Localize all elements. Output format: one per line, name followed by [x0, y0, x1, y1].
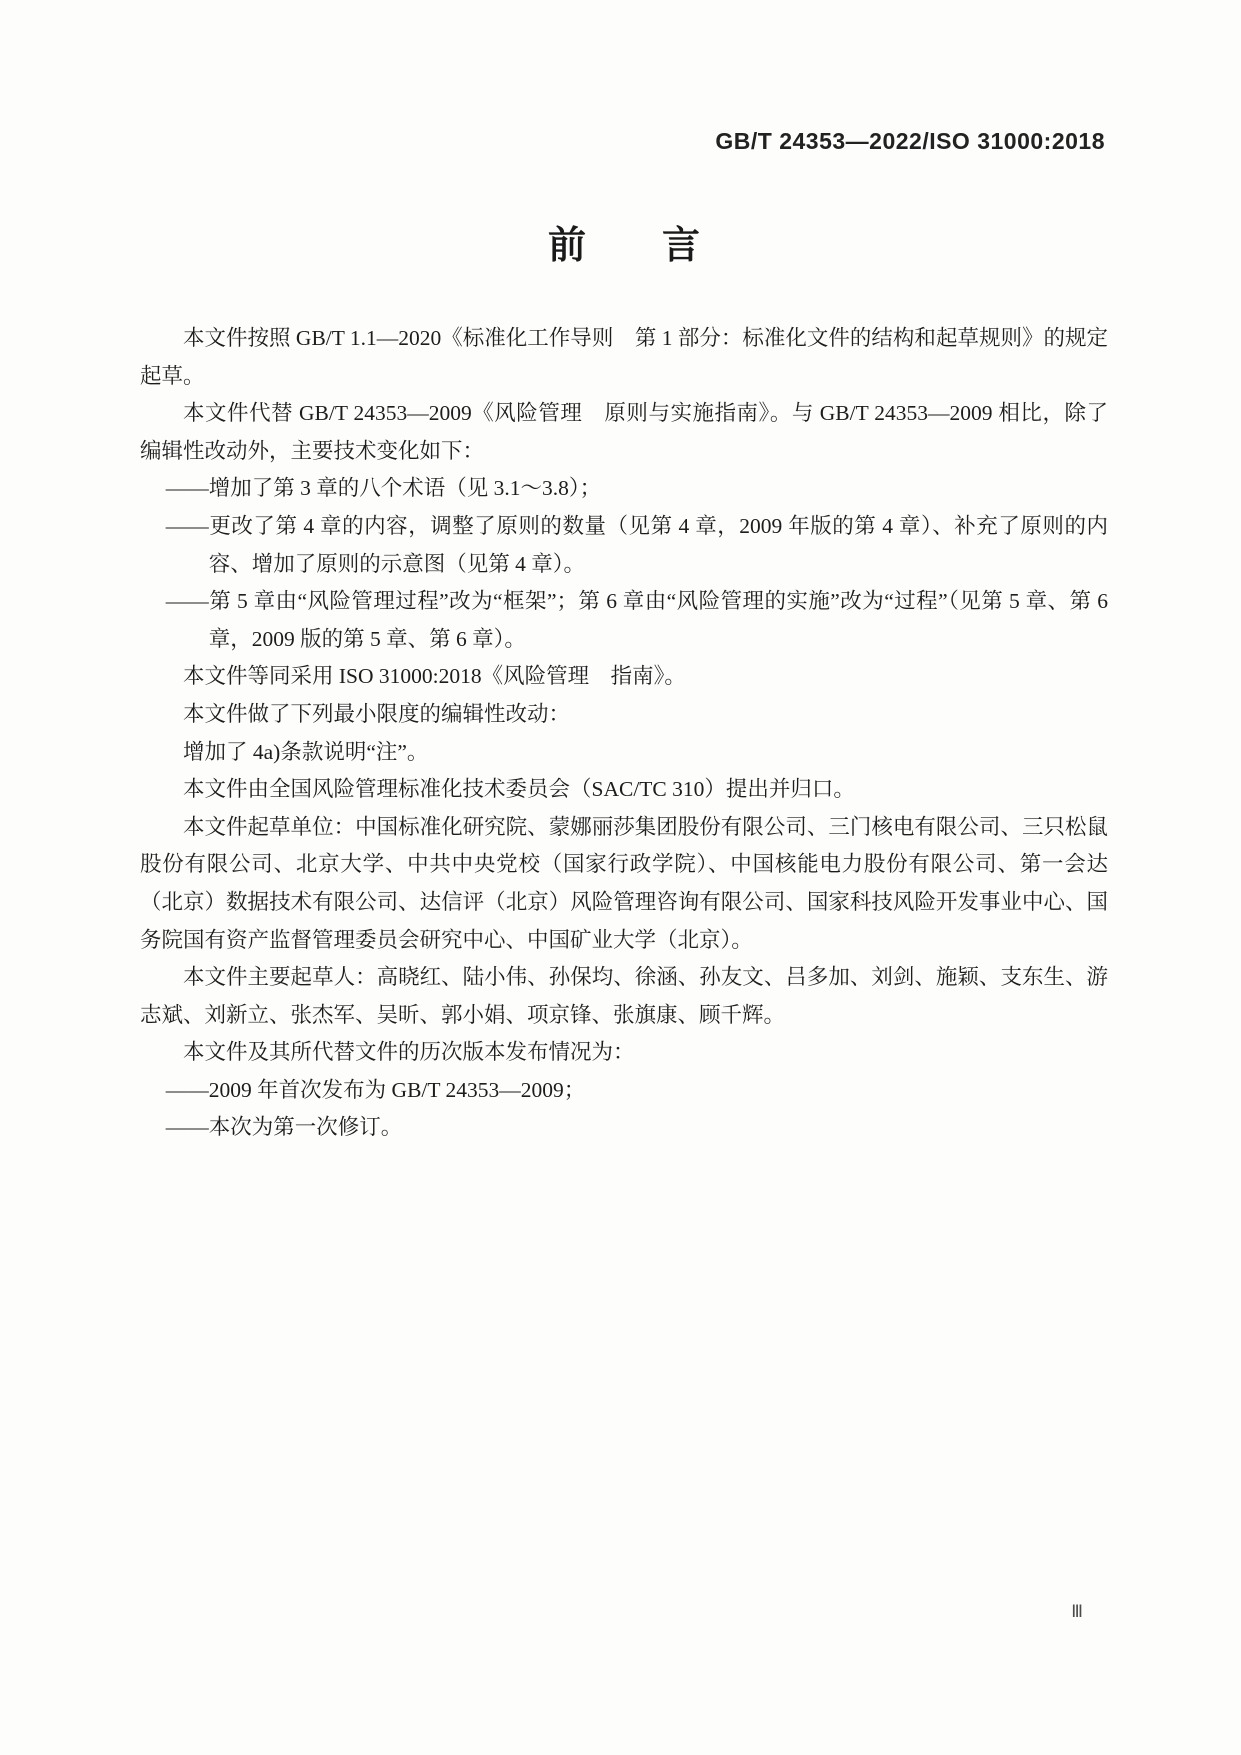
foreword-paragraph: 本文件按照 GB/T 1.1—2020《标准化工作导则 第 1 部分：标准化文件… — [140, 320, 1108, 395]
change-bullet: ——第 5 章由“风险管理过程”改为“框架”；第 6 章由“风险管理的实施”改为… — [140, 583, 1108, 658]
foreword-paragraph: 增加了 4a)条款说明“注”。 — [140, 734, 1108, 772]
history-bullet: ——本次为第一次修订。 — [140, 1109, 1108, 1147]
drafting-organizations-paragraph: 本文件起草单位：中国标准化研究院、蒙娜丽莎集团股份有限公司、三门核电有限公司、三… — [140, 809, 1108, 959]
change-bullet: ——更改了第 4 章的内容，调整了原则的数量（见第 4 章，2009 年版的第 … — [140, 508, 1108, 583]
foreword-paragraph: 本文件代替 GB/T 24353—2009《风险管理 原则与实施指南》。与 GB… — [140, 395, 1108, 470]
history-intro-paragraph: 本文件及其所代替文件的历次版本发布情况为： — [140, 1034, 1108, 1072]
change-bullet: ——增加了第 3 章的八个术语（见 3.1～3.8）； — [140, 470, 1108, 508]
foreword-title: 前 言 — [140, 214, 1108, 269]
standard-number-header: GB/T 24353—2022/ISO 31000:2018 — [715, 128, 1105, 155]
foreword-paragraph: 本文件等同采用 ISO 31000:2018《风险管理 指南》。 — [140, 658, 1108, 696]
foreword-body: 本文件按照 GB/T 1.1—2020《标准化工作导则 第 1 部分：标准化文件… — [140, 320, 1108, 1147]
foreword-paragraph: 本文件由全国风险管理标准化技术委员会（SAC/TC 310）提出并归口。 — [140, 771, 1108, 809]
drafters-paragraph: 本文件主要起草人：高晓红、陆小伟、孙保均、徐涵、孙友文、吕多加、刘剑、施颖、支东… — [140, 959, 1108, 1034]
document-page: GB/T 24353—2022/ISO 31000:2018 前 言 本文件按照… — [0, 0, 1241, 1755]
page-number: Ⅲ — [1071, 1602, 1083, 1622]
history-bullet: ——2009 年首次发布为 GB/T 24353—2009； — [140, 1072, 1108, 1110]
foreword-paragraph: 本文件做了下列最小限度的编辑性改动： — [140, 696, 1108, 734]
